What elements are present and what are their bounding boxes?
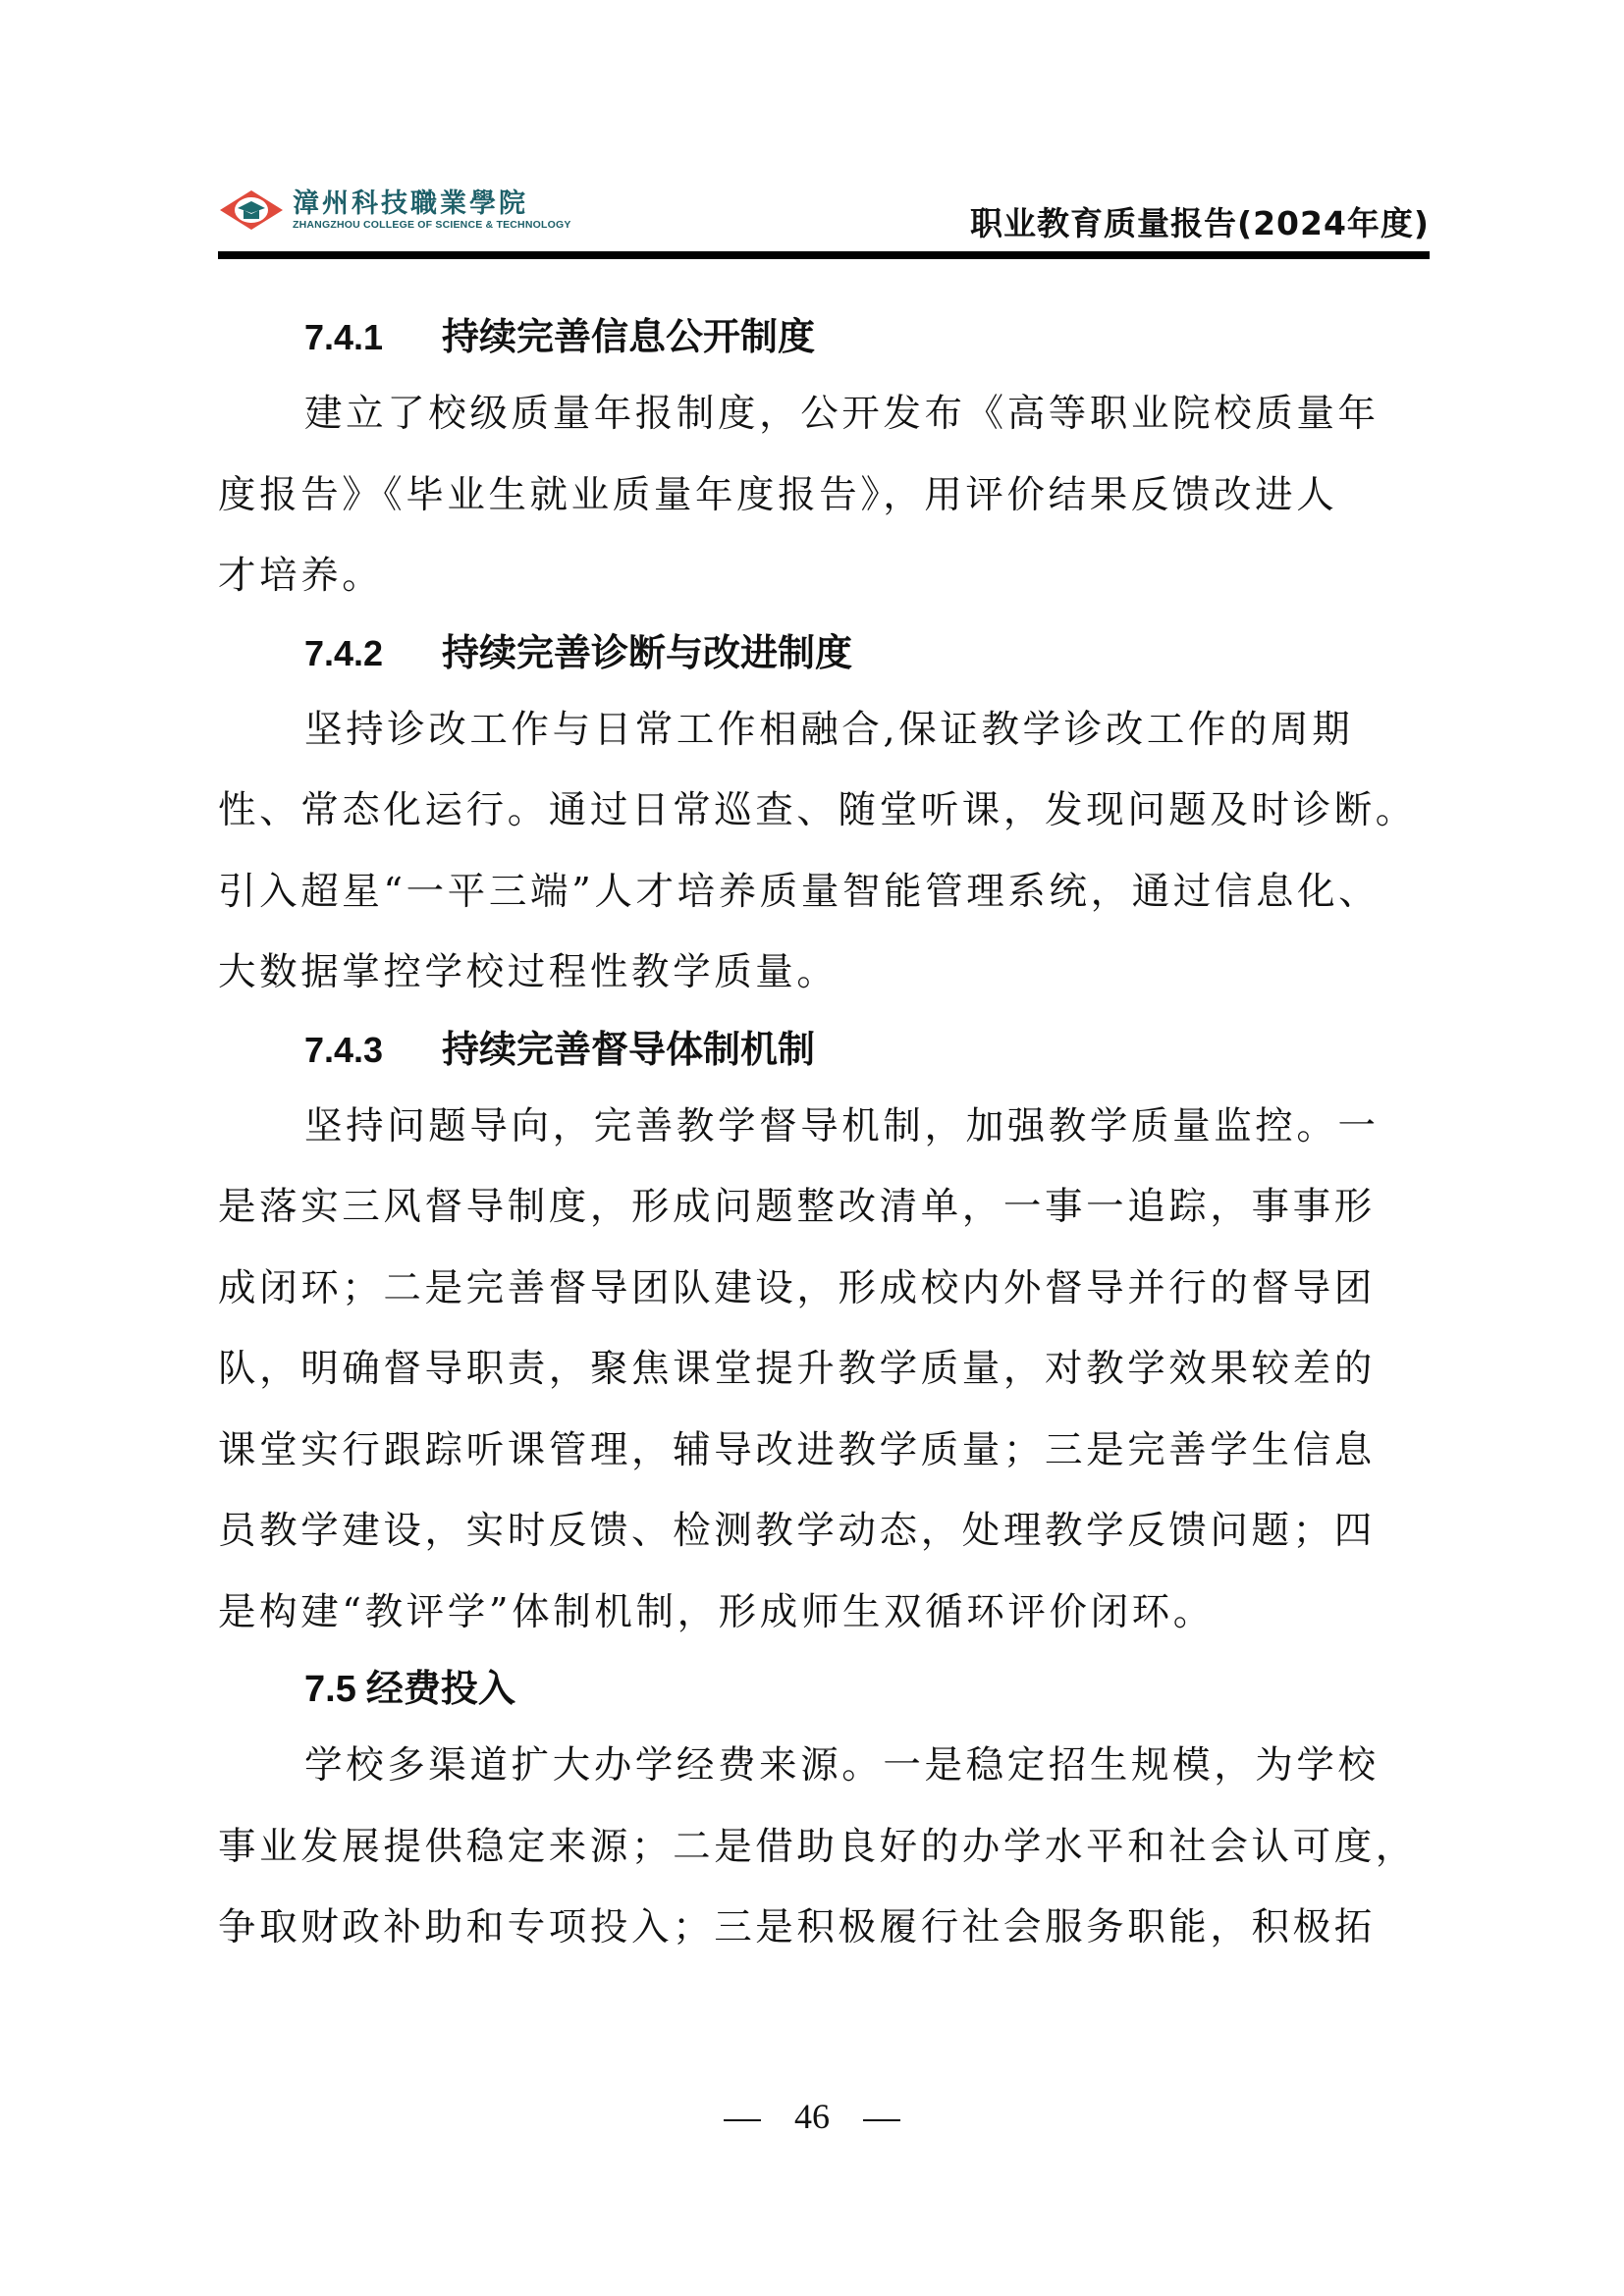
college-name-en: ZHANGZHOU COLLEGE OF SCIENCE & TECHNOLOG… — [293, 219, 571, 231]
college-name-cn: 漳州科技職業學院 — [293, 189, 571, 219]
college-logo: 漳州科技職業學院 ZHANGZHOU COLLEGE OF SCIENCE & … — [218, 183, 571, 238]
section-heading-7-4-2: 7.4.2持续完善诊断与改进制度 — [218, 615, 1430, 690]
page-header: 漳州科技職業學院 ZHANGZHOU COLLEGE OF SCIENCE & … — [218, 177, 1430, 257]
section-number: 7.4.3 — [304, 1013, 442, 1088]
text-line: 大数据掌控学校过程性教学质量。 — [218, 933, 1430, 1014]
text-line: 成闭环；二是完善督导团队建设，形成校内外督导并行的督导团 — [218, 1249, 1430, 1330]
page-footer: 46 — [0, 2096, 1624, 2137]
section-title: 持续完善督导体制机制 — [442, 1028, 815, 1071]
text-line: 队，明确督导职责，聚焦课堂提升教学质量，对教学效果较差的 — [218, 1329, 1430, 1411]
text-line: 员教学建设，实时反馈、检测教学动态，处理教学反馈问题；四 — [218, 1491, 1430, 1573]
college-emblem-icon — [218, 188, 285, 232]
header-divider — [218, 251, 1430, 259]
text-line: 才培养。 — [218, 536, 1430, 617]
text-line: 是构建“教评学”体制机制，形成师生双循环评价闭环。 — [218, 1573, 1430, 1654]
paragraph-7-4-2: 坚持诊改工作与日常工作相融合,保证教学诊改工作的周期 性、常态化运行。通过日常巡… — [218, 690, 1430, 1014]
dash-decoration — [863, 2119, 900, 2121]
text-line: 建立了校级质量年报制度，公开发布《高等职业院校质量年 — [218, 374, 1430, 455]
text-line: 学校多渠道扩大办学经费来源。一是稳定招生规模，为学校 — [218, 1726, 1430, 1807]
section-title: 持续完善诊断与改进制度 — [442, 631, 852, 674]
text-line: 是落实三风督导制度，形成问题整改清单，一事一追踪，事事形 — [218, 1167, 1430, 1249]
paragraph-7-4-1: 建立了校级质量年报制度，公开发布《高等职业院校质量年 度报告》《毕业生就业质量年… — [218, 374, 1430, 617]
section-heading-7-5: 7.5经费投入 — [218, 1651, 1430, 1726]
dash-decoration — [724, 2119, 761, 2121]
report-title: 职业教育质量报告(2024年度) — [970, 198, 1430, 244]
text-line: 课堂实行跟踪听课管理，辅导改进教学质量；三是完善学生信息 — [218, 1411, 1430, 1492]
page-number: 46 — [794, 2097, 830, 2136]
text-line: 争取财政补助和专项投入；三是积极履行社会服务职能，积极拓 — [218, 1888, 1430, 1969]
section-number: 7.5 — [304, 1669, 356, 1710]
section-title: 经费投入 — [366, 1667, 515, 1710]
text-line: 引入超星“一平三端”人才培养质量智能管理系统，通过信息化、 — [218, 852, 1430, 934]
document-body: 7.4.1持续完善信息公开制度 建立了校级质量年报制度，公开发布《高等职业院校质… — [218, 299, 1430, 1969]
section-title: 持续完善信息公开制度 — [442, 315, 815, 358]
text-line: 性、常态化运行。通过日常巡查、随堂听课，发现问题及时诊断。 — [218, 771, 1430, 852]
text-line: 事业发展提供稳定来源；二是借助良好的办学水平和社会认可度， — [218, 1807, 1430, 1889]
text-line: 坚持诊改工作与日常工作相融合,保证教学诊改工作的周期 — [218, 690, 1430, 772]
section-number: 7.4.1 — [304, 300, 442, 375]
section-heading-7-4-1: 7.4.1持续完善信息公开制度 — [218, 299, 1430, 374]
text-line: 度报告》《毕业生就业质量年度报告》，用评价结果反馈改进人 — [218, 455, 1430, 537]
section-heading-7-4-3: 7.4.3持续完善督导体制机制 — [218, 1012, 1430, 1087]
paragraph-7-5: 学校多渠道扩大办学经费来源。一是稳定招生规模，为学校 事业发展提供稳定来源；二是… — [218, 1726, 1430, 1969]
paragraph-7-4-3: 坚持问题导向，完善教学督导机制，加强教学质量监控。一 是落实三风督导制度，形成问… — [218, 1087, 1430, 1654]
section-number: 7.4.2 — [304, 616, 442, 691]
text-line: 坚持问题导向，完善教学督导机制，加强教学质量监控。一 — [218, 1087, 1430, 1168]
